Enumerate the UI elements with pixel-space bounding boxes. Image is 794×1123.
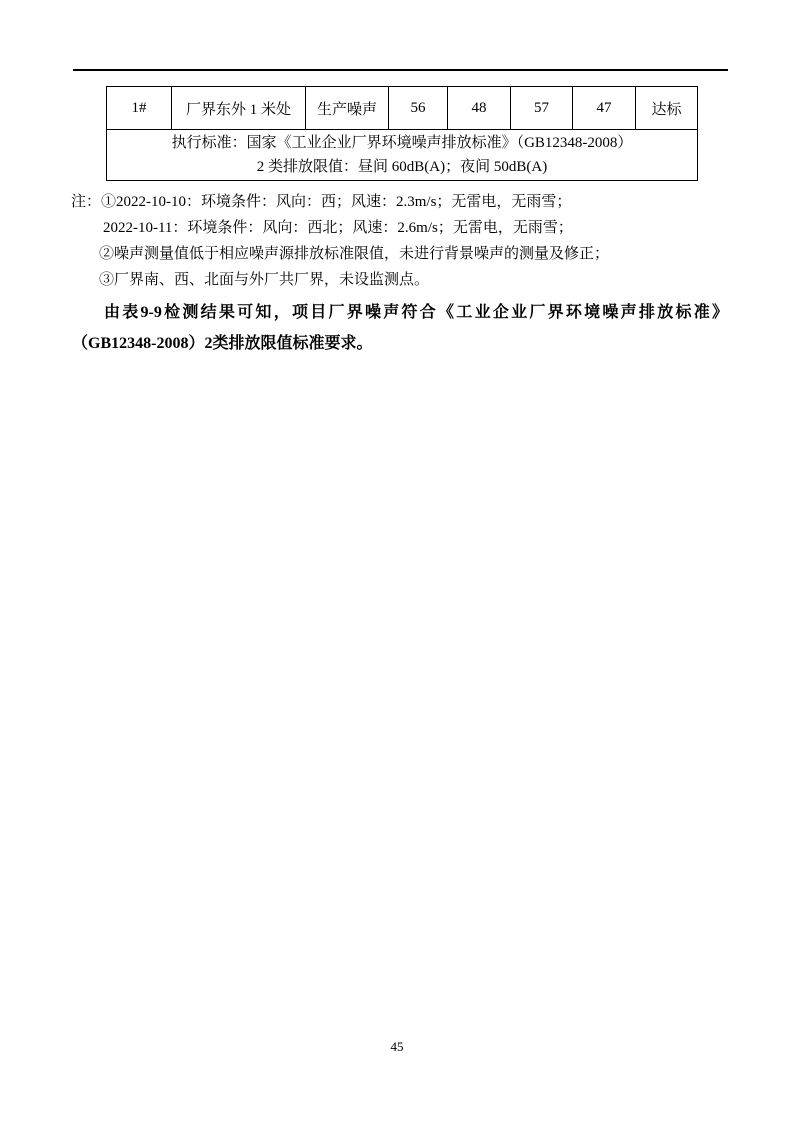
standard-line-1: 执行标准：国家《工业企业厂界环境噪声排放标准》（GB12348-2008） <box>107 131 697 155</box>
cell-location: 厂界东外 1 米处 <box>172 87 306 130</box>
cell-value-3: 57 <box>511 87 573 130</box>
note-line-4: ③厂界南、西、北面与外厂共厂界，未设监测点。 <box>71 267 751 293</box>
header-rule <box>73 69 728 71</box>
page-number: 45 <box>0 1039 794 1055</box>
summary-paragraph: 由表9-9检测结果可知，项目厂界噪声符合《工业企业厂界环境噪声排放标准》（GB1… <box>72 297 728 359</box>
table-data-row: 1# 厂界东外 1 米处 生产噪声 56 48 57 47 达标 <box>107 87 698 130</box>
cell-standard: 执行标准：国家《工业企业厂界环境噪声排放标准》（GB12348-2008） 2 … <box>107 130 698 181</box>
notes-block: 注：①2022-10-10：环境条件：风向：西；风速：2.3m/s；无雷电，无雨… <box>71 189 751 293</box>
note-line-2: 2022-10-11：环境条件：风向：西北；风速：2.6m/s；无雷电，无雨雪； <box>71 215 751 241</box>
document-page: 1# 厂界东外 1 米处 生产噪声 56 48 57 47 达标 执行标准：国家… <box>0 0 794 1123</box>
note-line-3: ②噪声测量值低于相应噪声源排放标准限值，未进行背景噪声的测量及修正； <box>71 241 751 267</box>
cell-noise-type: 生产噪声 <box>306 87 389 130</box>
cell-result: 达标 <box>636 87 698 130</box>
standard-line-2: 2 类排放限值：昼间 60dB(A)；夜间 50dB(A) <box>107 155 697 179</box>
table-standard-row: 执行标准：国家《工业企业厂界环境噪声排放标准》（GB12348-2008） 2 … <box>107 130 698 181</box>
cell-point-id: 1# <box>107 87 172 130</box>
noise-monitoring-table: 1# 厂界东外 1 米处 生产噪声 56 48 57 47 达标 执行标准：国家… <box>106 86 698 181</box>
cell-value-2: 48 <box>448 87 511 130</box>
cell-value-1: 56 <box>389 87 448 130</box>
cell-value-4: 47 <box>573 87 636 130</box>
note-line-1: 注：①2022-10-10：环境条件：风向：西；风速：2.3m/s；无雷电，无雨… <box>71 189 751 215</box>
